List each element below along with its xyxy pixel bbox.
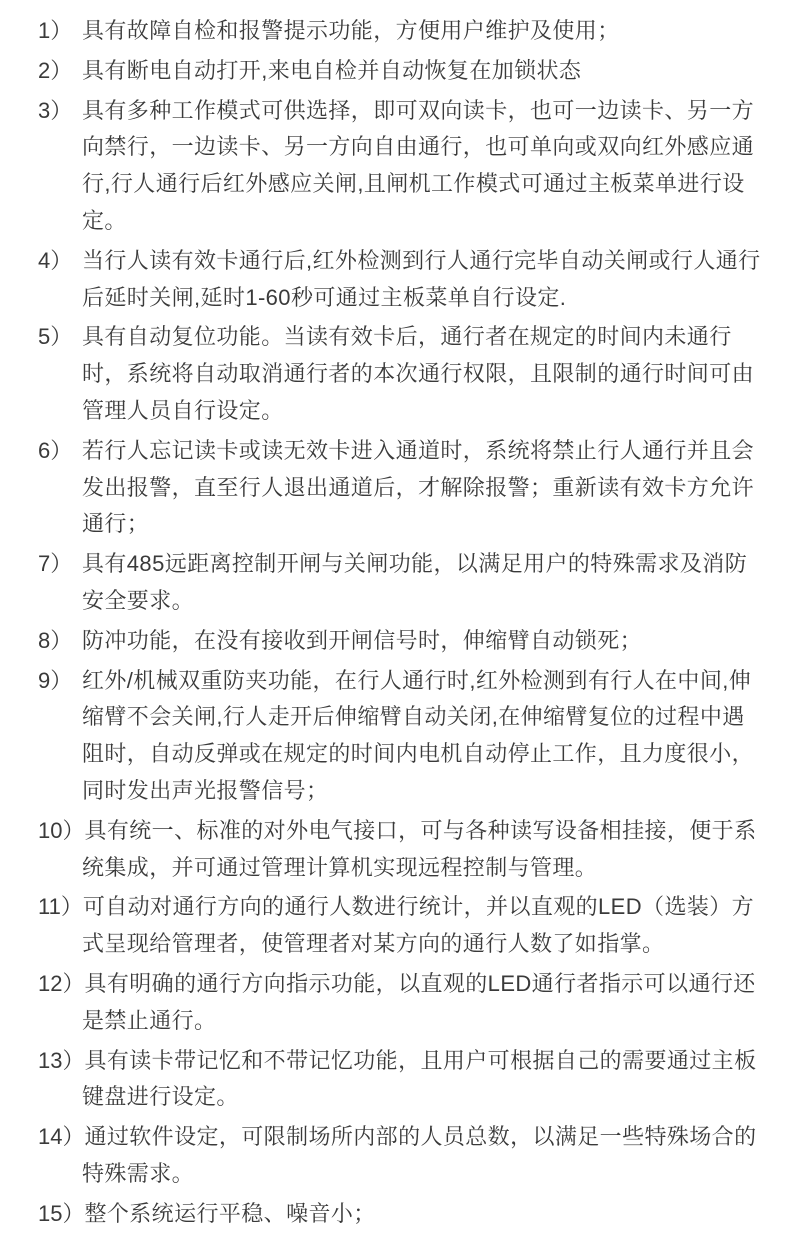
- list-item-number: 15）: [38, 1196, 84, 1233]
- list-item-number: 2）: [38, 53, 82, 90]
- list-item: 15）整个系统运行平稳、噪音小；: [0, 1196, 766, 1233]
- list-item-text: 具有断电自动打开,来电自检并自动恢复在加锁状态: [82, 58, 581, 83]
- list-item: 13）具有读卡带记忆和不带记忆功能，且用户可根据自己的需要通过主板键盘进行设定。: [0, 1043, 766, 1117]
- list-item-text: 具有自动复位功能。当读有效卡后，通行者在规定的时间内未通行时，系统将自动取消通行…: [82, 324, 754, 423]
- list-item: 6）若行人忘记读卡或读无效卡进入通道时，系统将禁止行人通行并且会发出报警，直至行…: [0, 433, 766, 543]
- list-item: 14）通过软件设定，可限制场所内部的人员总数，以满足一些特殊场合的特殊需求。: [0, 1119, 766, 1193]
- list-item-text: 具有故障自检和报警提示功能，方便用户维护及使用；: [82, 18, 620, 43]
- list-item: 9）红外/机械双重防夹功能，在行人通行时,红外检测到有行人在中间,伸缩臂不会关闸…: [0, 663, 766, 810]
- list-item-number: 3）: [38, 93, 82, 130]
- list-item-number: 11）: [38, 889, 83, 926]
- list-item-text: 若行人忘记读卡或读无效卡进入通道时，系统将禁止行人通行并且会发出报警，直至行人退…: [82, 438, 754, 537]
- list-item-text: 具有多种工作模式可供选择，即可双向读卡，也可一边读卡、另一方向禁行，一边读卡、另…: [82, 98, 754, 233]
- list-item: 2）具有断电自动打开,来电自检并自动恢复在加锁状态: [0, 53, 766, 90]
- list-item-number: 14）: [38, 1119, 84, 1156]
- list-item: 12）具有明确的通行方向指示功能，以直观的LED通行者指示可以通行还是禁止通行。: [0, 966, 766, 1040]
- list-item-text: 红外/机械双重防夹功能，在行人通行时,红外检测到有行人在中间,伸缩臂不会关闸,行…: [82, 668, 754, 803]
- list-item-number: 8）: [38, 623, 82, 660]
- list-item-text: 具有统一、标准的对外电气接口，可与各种读写设备相挂接，便于系统集成，并可通过管理…: [82, 818, 757, 880]
- list-item-text: 当行人读有效卡通行后,红外检测到行人通行完毕自动关闸或行人通行后延时关闸,延时1…: [82, 248, 761, 310]
- list-item-number: 13）: [38, 1043, 84, 1080]
- list-item: 5）具有自动复位功能。当读有效卡后，通行者在规定的时间内未通行时，系统将自动取消…: [0, 319, 766, 429]
- list-item: 3）具有多种工作模式可供选择，即可双向读卡，也可一边读卡、另一方向禁行，一边读卡…: [0, 93, 766, 240]
- list-item-number: 12）: [38, 966, 84, 1003]
- document-page: 1）具有故障自检和报警提示功能，方便用户维护及使用； 2）具有断电自动打开,来电…: [0, 0, 790, 1260]
- list-item-number: 10）: [38, 813, 84, 850]
- list-item: 11）可自动对通行方向的通行人数进行统计，并以直观的LED（选装）方式呈现给管理…: [0, 889, 766, 963]
- list-item-text: 具有读卡带记忆和不带记忆功能，且用户可根据自己的需要通过主板键盘进行设定。: [82, 1048, 757, 1110]
- list-item: 1）具有故障自检和报警提示功能，方便用户维护及使用；: [0, 13, 766, 50]
- list-item-text: 整个系统运行平稳、噪音小；: [84, 1201, 375, 1226]
- list-item-number: 4）: [38, 243, 82, 280]
- list-item: 4）当行人读有效卡通行后,红外检测到行人通行完毕自动关闸或行人通行后延时关闸,延…: [0, 243, 766, 317]
- list-item: 7）具有485远距离控制开闸与关闸功能，以满足用户的特殊需求及消防安全要求。: [0, 546, 766, 620]
- list-item-text: 防冲功能，在没有接收到开闸信号时，伸缩臂自动锁死；: [82, 628, 642, 653]
- list-item-text: 可自动对通行方向的通行人数进行统计，并以直观的LED（选装）方式呈现给管理者，使…: [82, 894, 754, 956]
- list-item-text: 具有485远距离控制开闸与关闸功能，以满足用户的特殊需求及消防安全要求。: [82, 551, 747, 613]
- list-item-text: 具有明确的通行方向指示功能，以直观的LED通行者指示可以通行还是禁止通行。: [82, 971, 756, 1033]
- list-item-number: 1）: [38, 13, 82, 50]
- list-item: 10）具有统一、标准的对外电气接口，可与各种读写设备相挂接，便于系统集成，并可通…: [0, 813, 766, 887]
- list-item-number: 5）: [38, 319, 82, 356]
- feature-list: 1）具有故障自检和报警提示功能，方便用户维护及使用； 2）具有断电自动打开,来电…: [0, 13, 766, 1233]
- list-item-number: 6）: [38, 433, 82, 470]
- list-item-number: 7）: [38, 546, 82, 583]
- list-item-text: 通过软件设定，可限制场所内部的人员总数，以满足一些特殊场合的特殊需求。: [82, 1124, 757, 1186]
- list-item-number: 9）: [38, 663, 82, 700]
- list-item: 8）防冲功能，在没有接收到开闸信号时，伸缩臂自动锁死；: [0, 623, 766, 660]
